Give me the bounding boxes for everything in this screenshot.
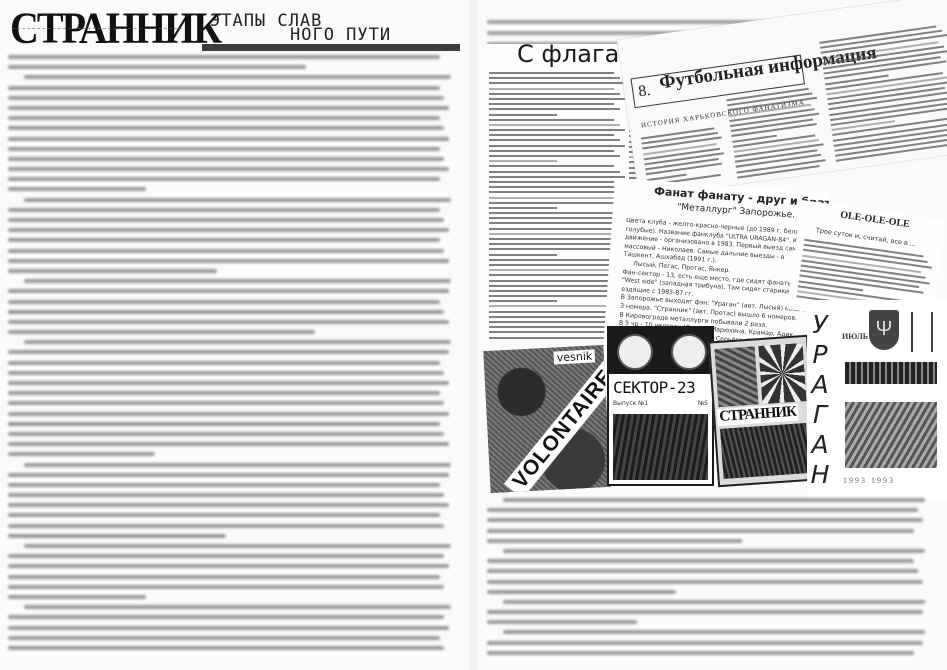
text-line: [489, 150, 614, 152]
text-line: [489, 186, 620, 188]
blurred-text-line: [503, 549, 925, 553]
title-letter: Н: [809, 460, 831, 490]
blurred-text-line: [487, 569, 918, 573]
title-letter: Р: [809, 340, 831, 370]
blurred-text-line: [503, 630, 925, 634]
blurred-text-line: [8, 289, 449, 293]
cover-label: vesnik: [553, 349, 595, 364]
blurred-text-line: [8, 615, 444, 619]
blurred-text-line: [487, 539, 742, 543]
blurred-text-line: [8, 157, 444, 161]
text-line: [489, 93, 620, 95]
blurred-text-line: [8, 412, 449, 416]
blurred-text-line: [8, 300, 440, 304]
blurred-text-line: [8, 493, 444, 497]
text-line: [489, 77, 620, 79]
text-line: [489, 280, 620, 282]
text-line: [489, 259, 614, 261]
text-line: [489, 290, 614, 292]
page-gutter: [470, 0, 477, 670]
blurred-text-line: [8, 401, 444, 405]
subtitle-underline-bar: [202, 44, 460, 51]
text-line: [489, 176, 625, 178]
blurred-text-line: [487, 590, 676, 594]
issue-label: Выпуск №1: [613, 400, 648, 407]
blurred-text-line: [487, 610, 923, 614]
text-line: [489, 181, 614, 183]
blurred-text-line: [487, 651, 914, 655]
fanzine-cover-uragan: У Р А Г А Н ИЮЛЬ Ψ 1993 1993: [807, 300, 947, 500]
club-badge-icon: [671, 334, 707, 370]
title-letter: А: [809, 370, 831, 400]
cover-photo: [720, 423, 809, 479]
trident-emblem-icon: Ψ: [869, 310, 899, 350]
text-line: [489, 321, 614, 323]
text-line: [489, 145, 625, 147]
blurred-text-line: [8, 65, 306, 69]
text-line: [489, 228, 614, 230]
blurred-text-line: [8, 330, 315, 334]
cover-header: [609, 328, 712, 374]
blurred-text-line: [8, 106, 449, 110]
blurred-text-line: [487, 580, 923, 584]
blurred-text-line: [8, 391, 440, 395]
text-line: [489, 243, 614, 245]
blurred-text-line: [8, 269, 217, 273]
blurred-text-line: [8, 452, 155, 456]
text-line: [489, 155, 620, 157]
blurred-text-line: [8, 564, 449, 568]
text-line: [489, 269, 625, 271]
text-line: [489, 134, 614, 136]
blurred-text-line: [8, 187, 146, 191]
text-line: [489, 305, 614, 307]
text-line: [489, 311, 620, 313]
blurred-text-line: [24, 75, 451, 79]
text-line: [489, 191, 625, 193]
blurred-text-line: [8, 422, 440, 426]
text-line: [489, 139, 620, 141]
text-line: [489, 222, 625, 224]
blurred-text-line: [487, 518, 923, 522]
clipping-column: [726, 87, 827, 182]
text-line: [489, 197, 614, 199]
blurred-text-line: [8, 259, 449, 263]
right-page: С флагами наперевес 8. Футбольная информ…: [477, 0, 947, 670]
article-column: [489, 72, 625, 342]
blurred-text-line: [8, 361, 440, 365]
blurred-text-line: [8, 137, 449, 141]
blurred-text-line: [8, 238, 440, 242]
blurred-text-line: [8, 554, 444, 558]
cover-month: ИЮЛЬ: [842, 332, 868, 341]
blurred-text-line: [24, 463, 451, 467]
cover-photo-strip: [845, 362, 937, 384]
text-line: [489, 295, 620, 297]
section-number: 8.: [637, 82, 651, 101]
blurred-text-line: [487, 508, 918, 512]
cover-title: VOLONTAIRE: [504, 359, 611, 493]
blurred-text-line: [503, 498, 925, 502]
blurred-text-line: [8, 167, 449, 171]
blurred-text-line: [503, 600, 925, 604]
cover-footer: 1993 1993: [843, 476, 895, 485]
blurred-text-line: [487, 529, 914, 533]
text-line: [489, 119, 614, 121]
text-line: [489, 337, 614, 339]
blurred-text-line: [8, 575, 440, 579]
blurred-text-line: [24, 279, 451, 283]
blurred-text-line: [8, 208, 440, 212]
cover-title: СЕКТОР-23: [613, 378, 695, 397]
blurred-text-line: [24, 340, 451, 344]
title-letter: Г: [809, 400, 831, 430]
blurred-text-line: [8, 585, 444, 589]
text-line: [489, 264, 620, 266]
masthead-subtitle: ЭТАПЫ СЛАВ НОГО ПУТИ: [210, 14, 391, 42]
blurred-text-line: [8, 432, 444, 436]
text-line: [489, 212, 614, 214]
blurred-text-line: [24, 605, 451, 609]
flag-icon: [758, 343, 806, 404]
club-badge-icon: [617, 334, 653, 370]
blurred-text-line: [8, 483, 440, 487]
blurred-text-line: [8, 310, 444, 314]
blurred-text-line: [8, 626, 449, 630]
logo-decoration: [12, 28, 182, 30]
blurred-text-line: [8, 228, 449, 232]
text-line: [489, 238, 625, 240]
left-page: СТРАННИК ЭТАПЫ СЛАВ НОГО ПУТИ: [0, 0, 470, 670]
text-line: [489, 129, 625, 131]
clipping-column: [819, 24, 947, 165]
blurred-text-line: [8, 320, 449, 324]
blurred-text-line: [8, 503, 449, 507]
cover-title: СТРАННИК: [717, 404, 799, 427]
blurred-text-line: [8, 534, 226, 538]
text-line: [489, 217, 620, 219]
cover-photo: [613, 414, 708, 480]
cover-illustration: [715, 346, 759, 407]
blurred-text-line: [8, 595, 146, 599]
text-line: [489, 300, 557, 302]
title-letter: А: [809, 430, 831, 460]
fanzine-cover-strannik: СТРАННИК: [708, 335, 818, 488]
blurred-text-line: [8, 381, 449, 385]
blurred-text-line: [8, 636, 440, 640]
text-line: [489, 326, 620, 328]
clipping-title: OLE-OLE-OLE: [840, 210, 911, 231]
blurred-text-line: [8, 249, 444, 253]
text-line: [489, 124, 620, 126]
text-line: [489, 248, 620, 250]
masthead: СТРАННИК ЭТАПЫ СЛАВ НОГО ПУТИ: [10, 6, 465, 52]
cover-photo: [845, 402, 937, 468]
text-line: [489, 108, 620, 110]
blurred-text-line: [8, 55, 440, 59]
text-line: [489, 82, 625, 84]
text-line: [489, 98, 625, 100]
blurred-text-line: [8, 126, 444, 130]
text-line: [489, 207, 557, 209]
text-line: [489, 72, 614, 74]
text-line: [489, 171, 620, 173]
blurred-text-line: [8, 646, 444, 650]
blurred-text-line: [8, 513, 440, 517]
blurred-text-line: [8, 218, 444, 222]
cover-meta: Выпуск №1 №5: [613, 400, 708, 407]
cover-title-vertical: У Р А Г А Н: [809, 310, 831, 490]
blurred-text-line: [8, 96, 444, 100]
text-line: [489, 160, 557, 162]
text-line: [489, 233, 620, 235]
text-line: [489, 165, 614, 167]
text-line: [489, 254, 557, 256]
blurred-text-line: [24, 544, 451, 548]
blurred-text-line: [8, 116, 440, 120]
fanzine-cover-sektor-23: СЕКТОР-23 Выпуск №1 №5: [607, 326, 714, 486]
blurred-text-line: [8, 371, 444, 375]
cossack-figure-icon: [911, 312, 933, 352]
text-line: [489, 114, 557, 116]
blurred-text-line: [8, 177, 440, 181]
text-line: [489, 88, 614, 90]
fanzine-cover-volontaire: vesnik VOLONTAIRE: [483, 345, 610, 493]
blurred-text-line: [487, 620, 637, 624]
text-line: [489, 103, 614, 105]
right-article-body: [487, 498, 927, 661]
blurred-text-line: [8, 86, 440, 90]
blurred-text-line: [8, 350, 449, 354]
text-line: [489, 274, 614, 276]
issue-number: №5: [698, 400, 708, 407]
left-article-body: [8, 55, 453, 656]
text-line: [489, 285, 625, 287]
blurred-text-line: [8, 147, 440, 151]
title-letter: У: [809, 310, 831, 340]
blurred-text-line: [8, 442, 449, 446]
text-line: [489, 202, 620, 204]
blurred-text-line: [8, 524, 444, 528]
blurred-text-line: [487, 641, 923, 645]
blurred-text-line: [24, 198, 451, 202]
blurred-text-line: [487, 559, 914, 563]
clipping-column: [641, 127, 727, 190]
blurred-text-line: [8, 473, 449, 477]
